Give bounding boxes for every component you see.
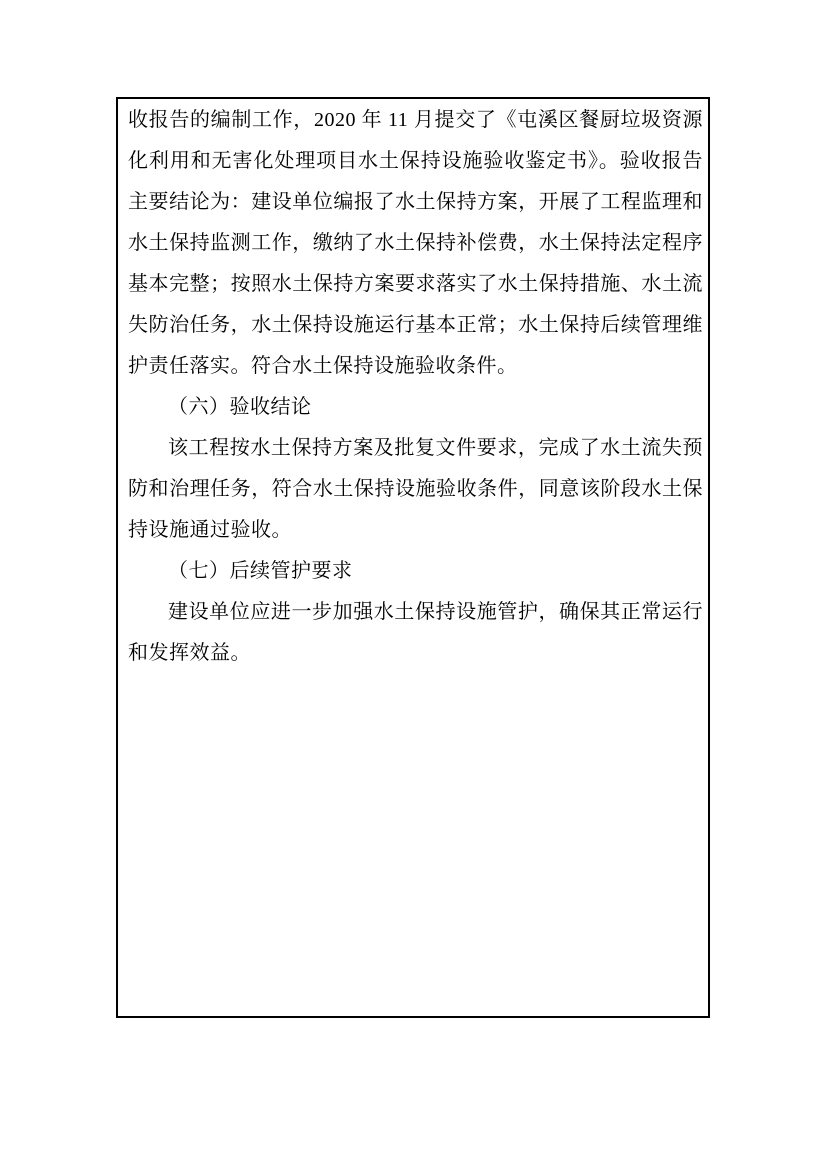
text-line-5: 基本完整；按照水土保持方案要求落实了水土保持措施、水土流 — [128, 264, 703, 305]
text-line-7: 护责任落实。符合水土保持设施验收条件。 — [128, 346, 703, 387]
text-line-4: 水土保持监测工作，缴纳了水土保持补偿费，水土保持法定程序 — [128, 223, 703, 264]
text-line-2: 化利用和无害化处理项目水土保持设施验收鉴定书》。验收报告 — [128, 141, 703, 182]
text-line-13: 建设单位应进一步加强水土保持设施管护，确保其正常运行 — [128, 592, 703, 633]
text-line-3: 主要结论为：建设单位编报了水土保持方案，开展了工程监理和 — [128, 182, 703, 223]
text-line-9: 该工程按水土保持方案及批复文件要求，完成了水土流失预 — [128, 428, 703, 469]
text-line-10: 防和治理任务，符合水土保持设施验收条件，同意该阶段水土保 — [128, 469, 703, 510]
section-heading-6: （六）验收结论 — [128, 387, 703, 428]
table-cell-border: 收报告的编制工作，2020 年 11 月提交了《屯溪区餐厨垃圾资源 化利用和无害… — [116, 97, 710, 1018]
text-line-6: 失防治任务，水土保持设施运行基本正常；水土保持后续管理维 — [128, 305, 703, 346]
text-line-14: 和发挥效益。 — [128, 633, 703, 674]
text-line-1: 收报告的编制工作，2020 年 11 月提交了《屯溪区餐厨垃圾资源 — [128, 100, 703, 141]
document-page: 收报告的编制工作，2020 年 11 月提交了《屯溪区餐厨垃圾资源 化利用和无害… — [0, 0, 827, 1169]
text-line-11: 持设施通过验收。 — [128, 510, 703, 551]
section-heading-7: （七）后续管护要求 — [128, 551, 703, 592]
